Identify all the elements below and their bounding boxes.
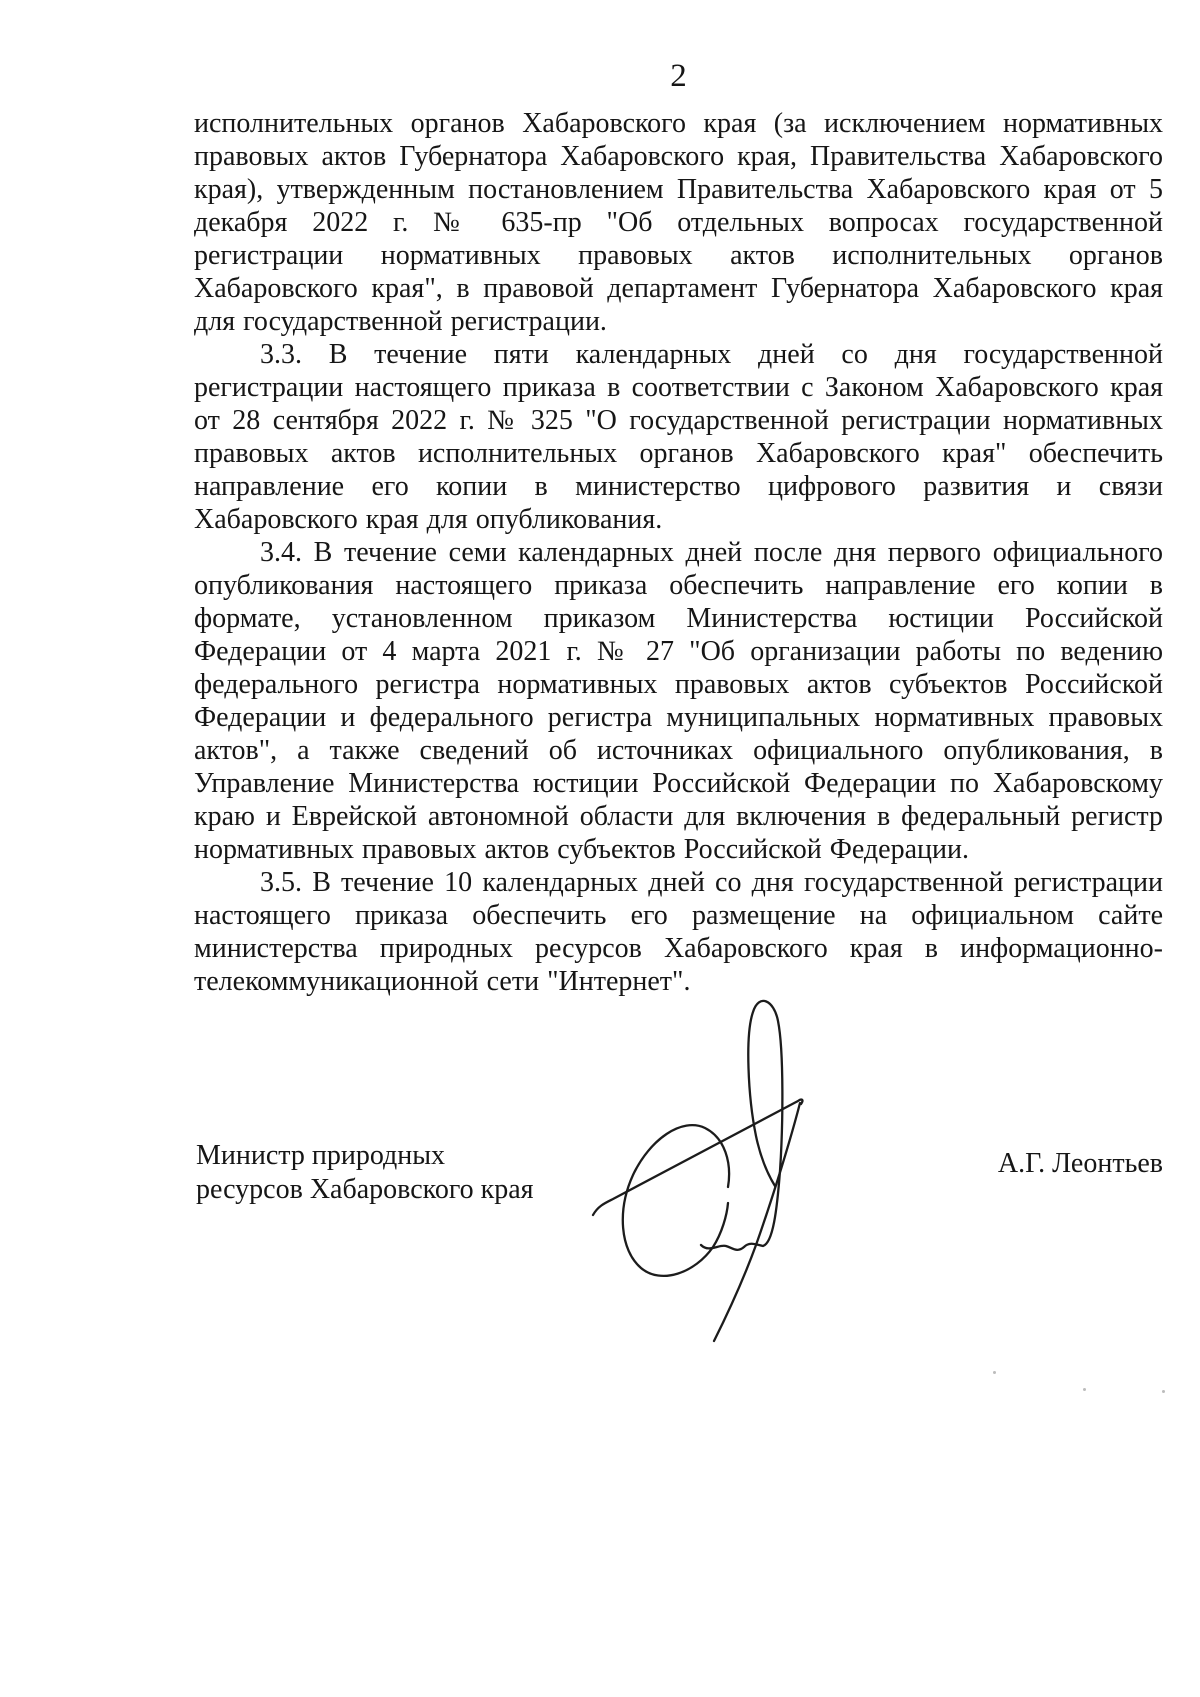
document-body: исполнительных органов Хабаровского края… (194, 107, 1163, 998)
document-page: 2 исполнительных органов Хабаровского кр… (0, 0, 1200, 1697)
paragraph-3-4: 3.4. В течение семи календарных дней пос… (194, 536, 1163, 866)
signatory-name: А.Г. Леонтьев (998, 1147, 1163, 1181)
scan-speck (993, 1371, 996, 1374)
paragraph-continuation: исполнительных органов Хабаровского края… (194, 107, 1163, 338)
signatory-title: Министр природных ресурсов Хабаровского … (196, 1139, 534, 1207)
scan-speck (1162, 1390, 1165, 1393)
signatory-title-line1: Министр природных (196, 1140, 445, 1171)
scan-speck (1083, 1388, 1086, 1391)
signatory-title-line2: ресурсов Хабаровского края (196, 1174, 534, 1205)
page-number: 2 (194, 58, 1163, 94)
handwritten-signature (565, 973, 815, 1358)
paragraph-3-3: 3.3. В течение пяти календарных дней со … (194, 338, 1163, 536)
